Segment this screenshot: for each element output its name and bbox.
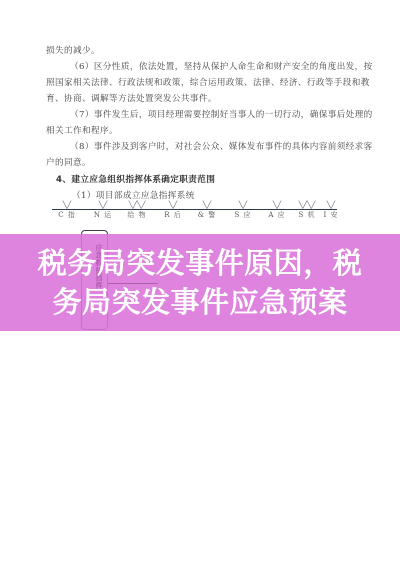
paragraph-line: 育、协商、调解等方法处置突发公共事件。 xyxy=(46,94,217,105)
section-heading: 4、建立应急组织指挥体系确定职责范围 xyxy=(56,175,215,186)
branch-mark-icon: ╲╱ xyxy=(318,202,344,209)
diagram-node: ╲╱ I 安 xyxy=(318,202,344,219)
paragraph-line: 相关工作和程序。 xyxy=(46,126,118,137)
diagram-node-label: C 指 xyxy=(54,211,80,219)
diagram-node: ╲╱ R 后 xyxy=(160,202,186,219)
branch-mark-icon: ╲╱╲╱ xyxy=(124,202,150,209)
diagram-node-label: 给 物 xyxy=(124,211,150,219)
diagram-node-label: & 警 xyxy=(194,211,220,219)
branch-mark-icon: ╲╱ xyxy=(264,202,290,209)
diagram-node-label: I 安 xyxy=(318,211,344,219)
diagram-node: ╲╱ C 指 xyxy=(54,202,80,219)
diagram-node: ╲╱ A 应 xyxy=(264,202,290,219)
diagram-node: ╲╱ S 应 xyxy=(230,202,256,219)
diagram-node: ╲╱ & 警 xyxy=(194,202,220,219)
branch-mark-icon: ╲╱ xyxy=(230,202,256,209)
paragraph-line: （7）事件发生后，项目经理需要控制好当事人的一切行动，确保事后处理的 xyxy=(70,110,373,121)
diagram-node-label: N 运 xyxy=(90,211,116,219)
diagram-node: ╲╱╲╱ 给 物 xyxy=(124,202,150,219)
branch-mark-icon: ╲╱ xyxy=(54,202,80,209)
command-system-diagram: ╲╱ C 指 ╲╱ N 运 ╲╱╲╱ 给 物 ╲╱ R 后 ╲╱ & 警 ╲╱ … xyxy=(52,202,337,224)
paragraph-line: 照国家相关法律、行政法规和政策，综合运用政策、法律、经济、行政等手段和教 xyxy=(46,78,370,89)
diagram-node-label: A 应 xyxy=(264,211,290,219)
branch-mark-icon: ╲╱ xyxy=(194,202,220,209)
paragraph-line: 损失的减少。 xyxy=(46,46,100,57)
paragraph-line: 户的同意。 xyxy=(46,158,91,169)
paragraph-line: （6）区分性质，依法处置，坚持从保护人命生命和财产安全的角度出发，按 xyxy=(70,62,373,73)
diagram-node: ╲╱ N 运 xyxy=(90,202,116,219)
paragraph-line: （8）事件涉及到客户时，对社会公众、媒体发布事件的具体内容前须经求客 xyxy=(70,142,373,153)
branch-mark-icon: ╲╱ xyxy=(90,202,116,209)
diagram-node-label: R 后 xyxy=(160,211,186,219)
diagram-node-label: S 应 xyxy=(230,211,256,219)
branch-mark-icon: ╲╱╲╱ xyxy=(294,202,320,209)
banner-title: 税务局突发事件原因，税务局突发事件应急预案 xyxy=(0,234,400,331)
branch-mark-icon: ╲╱ xyxy=(160,202,186,209)
diagram-node-label: S 机 xyxy=(294,211,320,219)
diagram-node: ╲╱╲╱ S 机 xyxy=(294,202,320,219)
